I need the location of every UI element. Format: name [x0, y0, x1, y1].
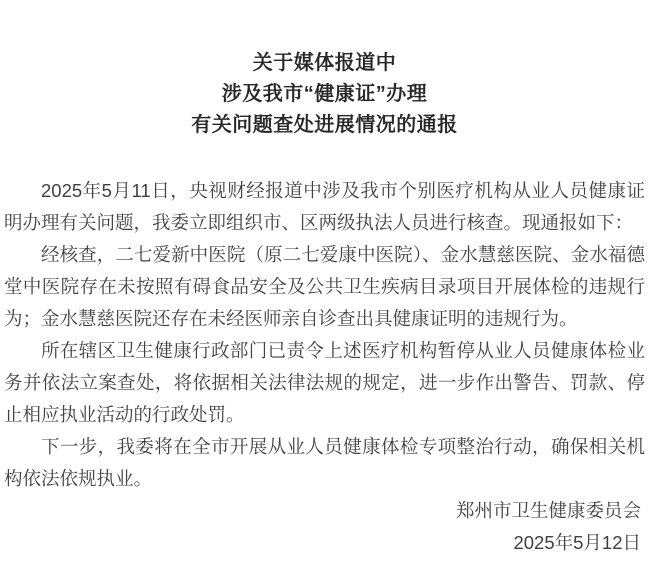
notice-paragraph-4: 下一步，我委将在全市开展从业人员健康体检专项整治行动，确保相关机构依法依规执业。	[4, 431, 645, 495]
notice-title-line-3: 有关问题查处进展情况的通报	[4, 110, 645, 141]
notice-paragraph-2: 经核查，二七爱新中医院（原二七爱康中医院）、金水慧慈医院、金水福德堂中医院存在未…	[4, 239, 645, 335]
notice-page: 关于媒体报道中 涉及我市“健康证”办理 有关问题查处进展情况的通报 2025年5…	[0, 0, 653, 575]
notice-title: 关于媒体报道中 涉及我市“健康证”办理 有关问题查处进展情况的通报	[4, 48, 645, 141]
notice-paragraph-1: 2025年5月11日，央视财经报道中涉及我市个别医疗机构从业人员健康证明办理有关…	[4, 175, 645, 239]
notice-signature: 郑州市卫生健康委员会 2025年5月12日	[4, 495, 645, 559]
signature-date: 2025年5月12日	[4, 527, 641, 559]
notice-title-line-1: 关于媒体报道中	[4, 48, 645, 79]
notice-title-line-2: 涉及我市“健康证”办理	[4, 79, 645, 110]
signature-org: 郑州市卫生健康委员会	[4, 495, 641, 527]
notice-body: 2025年5月11日，央视财经报道中涉及我市个别医疗机构从业人员健康证明办理有关…	[4, 175, 645, 495]
notice-paragraph-3: 所在辖区卫生健康行政部门已责令上述医疗机构暂停从业人员健康体检业务并依法立案查处…	[4, 335, 645, 431]
